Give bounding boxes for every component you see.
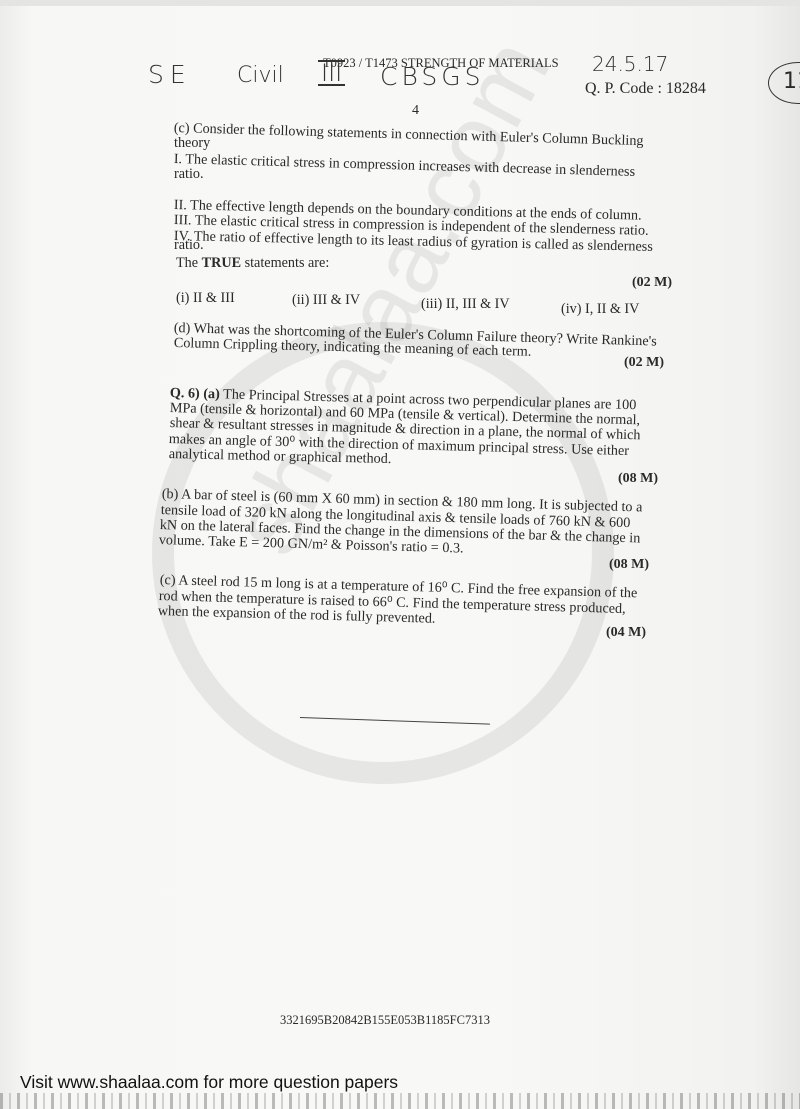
q6a-marks: (08 M) <box>618 471 658 487</box>
q5c-option: (iv) I, II & IV <box>561 302 639 318</box>
handwritten-class: SE <box>148 60 192 89</box>
handwritten-scheme: CBSGS <box>380 62 485 91</box>
handwritten-date: 24.5.17 <box>592 52 668 76</box>
handwritten-circled-number: 11 <box>768 62 800 104</box>
q6b-marks: (08 M) <box>609 557 649 573</box>
q5c-line: ratio. <box>174 167 204 183</box>
page-number: 4 <box>412 103 419 119</box>
scan-noise <box>0 1093 800 1109</box>
handwritten-branch: Civil <box>237 63 284 88</box>
q5c-option: (ii) III & IV <box>292 293 360 309</box>
q5d-marks: (02 M) <box>624 355 664 371</box>
qp-code: Q. P. Code : 18284 <box>585 80 706 98</box>
handwritten-semester: III <box>318 60 345 86</box>
page-top-edge <box>0 0 800 6</box>
q5c-option: (i) II & III <box>176 291 235 307</box>
q5c-line: ratio. <box>174 238 204 254</box>
true-emphasis: TRUE <box>202 255 241 271</box>
q6c-marks: (04 M) <box>606 625 646 641</box>
footer-code: 3321695B20842B155E053B1185FC7313 <box>280 1013 490 1028</box>
scanned-page: shaalaa.com T0923 / T1473 STRENGTH OF MA… <box>0 0 800 1109</box>
visit-link[interactable]: Visit www.shaalaa.com for more question … <box>20 1072 398 1093</box>
q5c-marks: (02 M) <box>632 275 672 291</box>
q5c-line: theory <box>174 136 210 152</box>
q5c-prompt: The TRUE statements are: <box>176 256 329 272</box>
q5c-option: (iii) II, III & IV <box>421 297 510 313</box>
